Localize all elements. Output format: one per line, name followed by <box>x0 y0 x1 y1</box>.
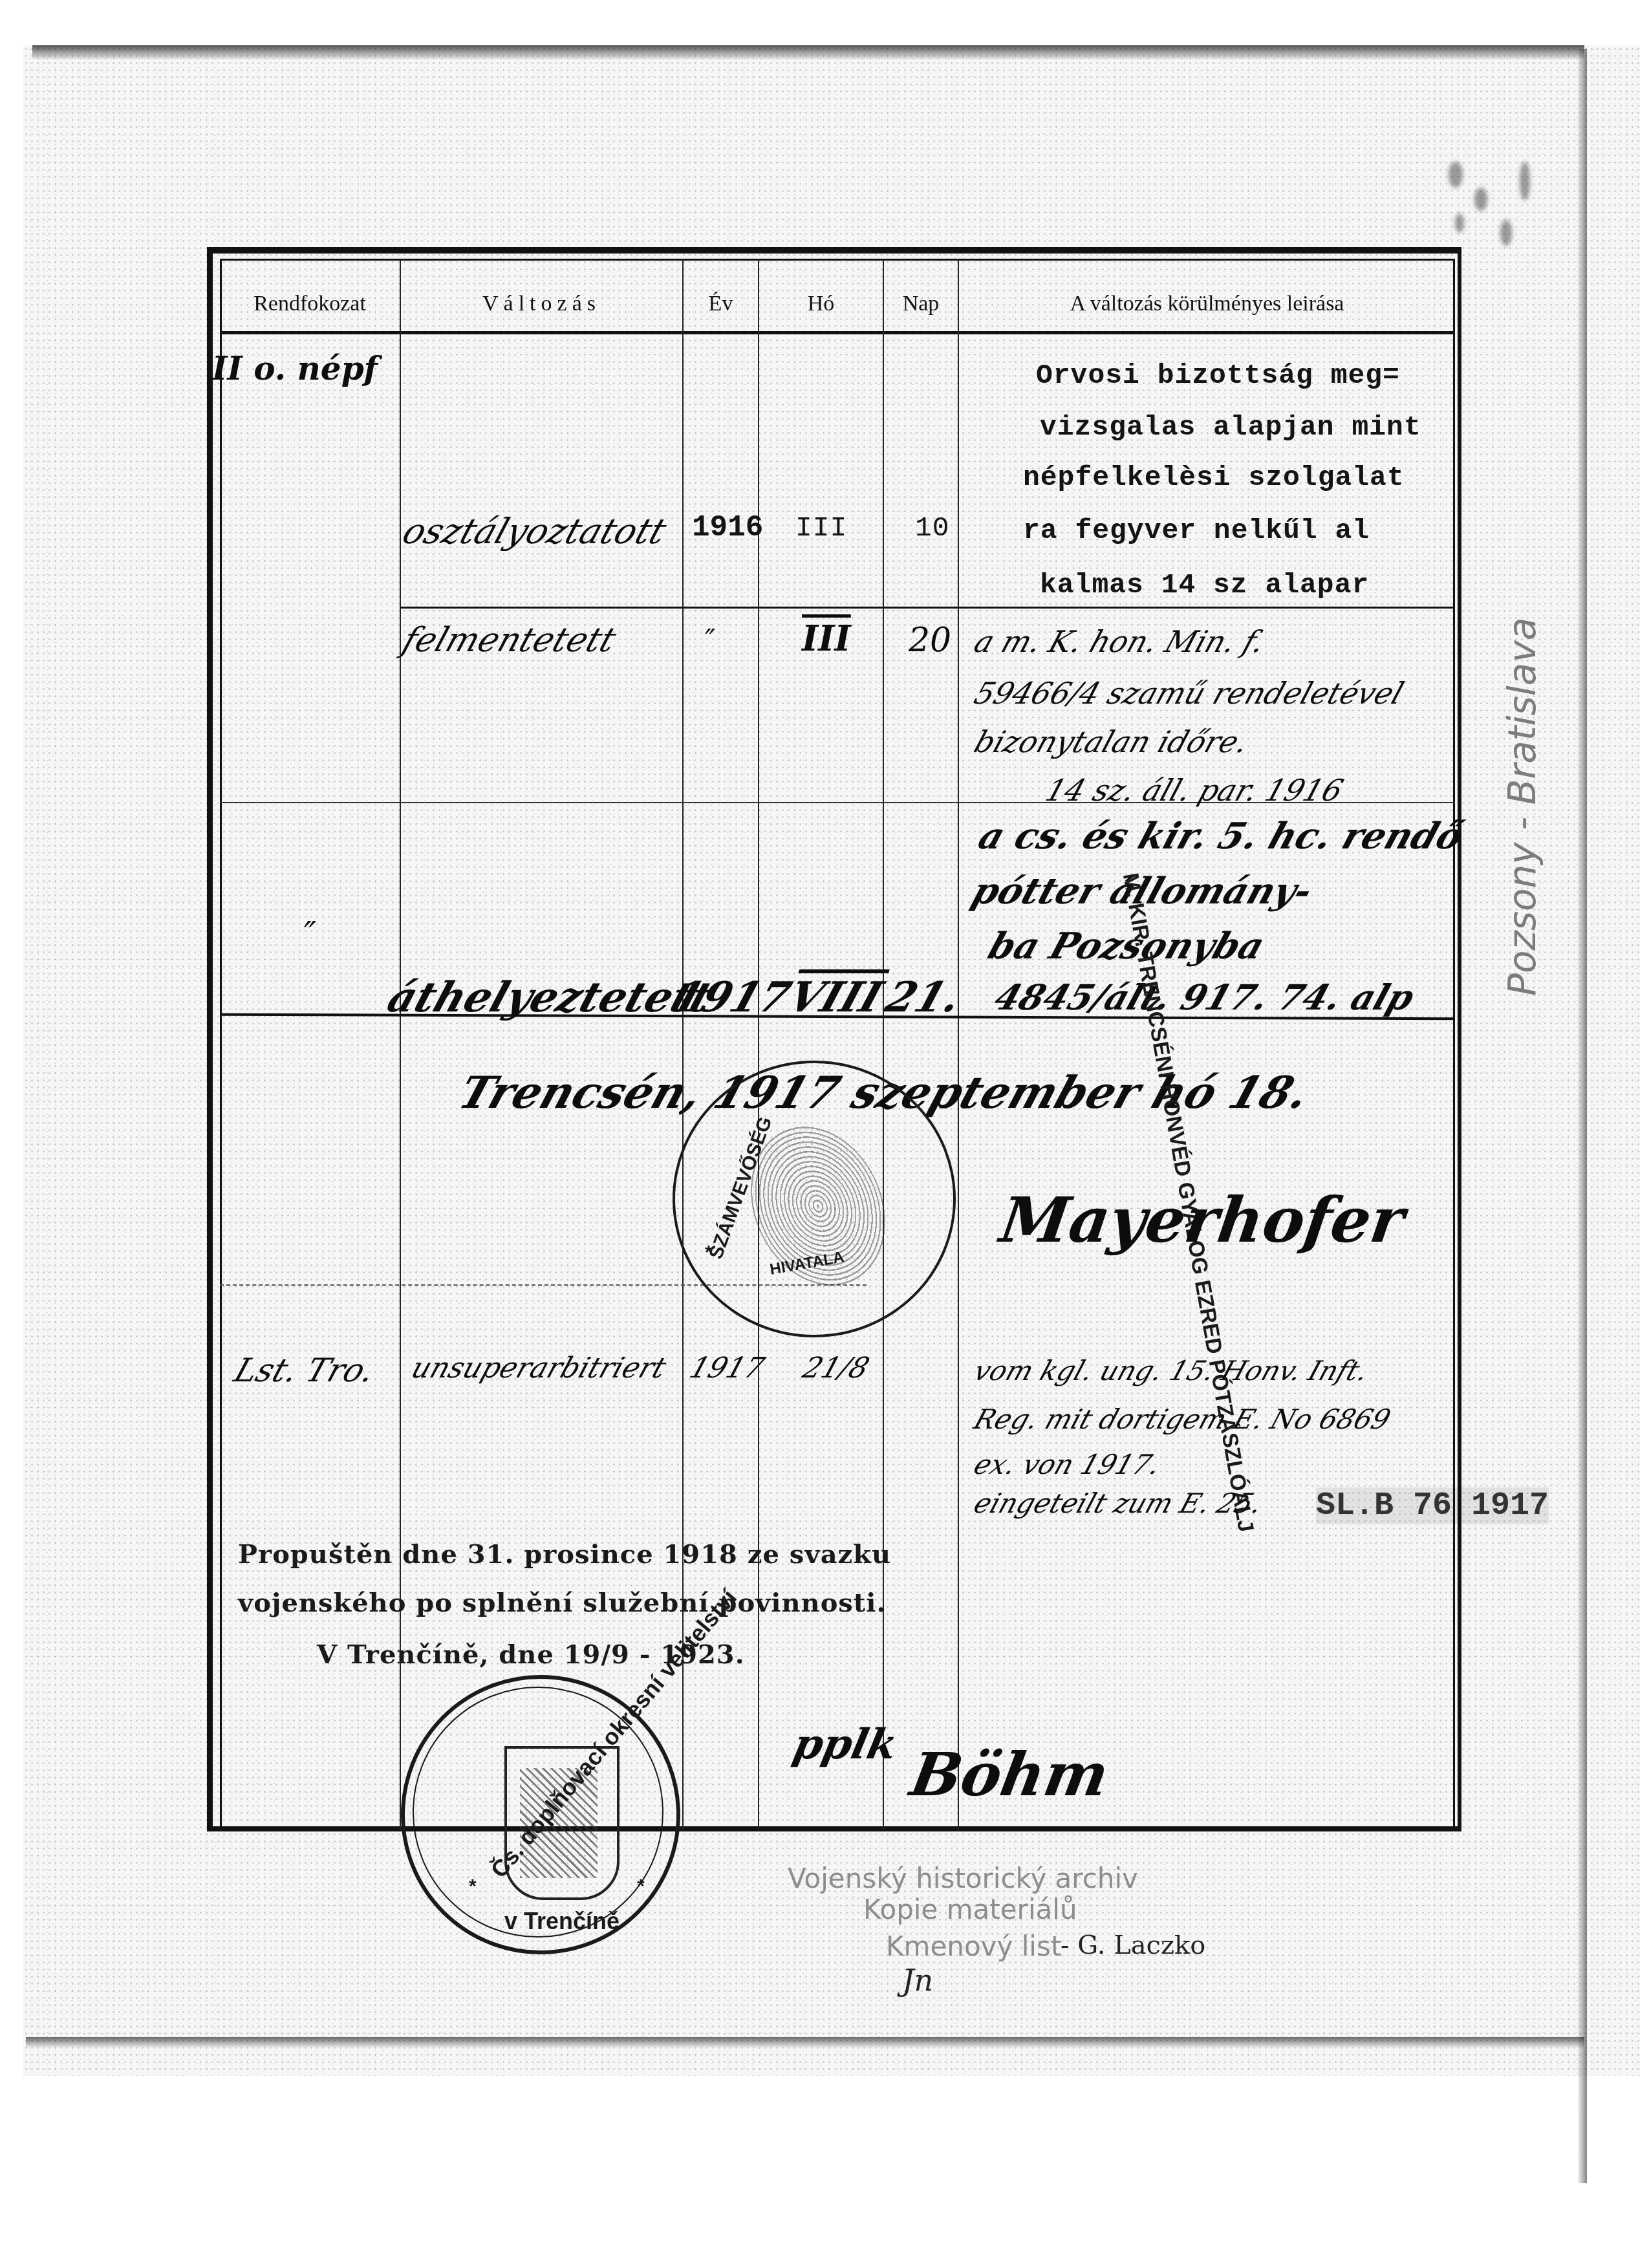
row3-year: 1917 <box>666 973 797 1022</box>
signature-officer-1917: Mayerhofer <box>996 1183 1409 1257</box>
discharge-line-1: Propuštěn dne 31. prosince 1918 ze svazk… <box>238 1539 891 1570</box>
row1-change: osztályoztatott <box>398 511 671 552</box>
scan-shadow-top <box>32 45 1584 59</box>
row4-date: 21/8 <box>799 1352 873 1385</box>
header-description: A változás körülményes leirása <box>959 285 1455 323</box>
header-change: Változás <box>401 285 682 323</box>
czech-seal-bottom-text: v Trenčíně <box>504 1908 620 1935</box>
czech-seal-star-left: * <box>469 1875 477 1897</box>
row2-day: 20 <box>909 621 951 660</box>
row1-rank: II o. népf <box>212 349 378 387</box>
row4-year: 1917 <box>685 1352 769 1385</box>
ink-smudges <box>1449 149 1565 252</box>
margin-note-place: Pozsony - Bratislava <box>1500 618 1544 996</box>
archive-line-1: Vojenský historický archiv <box>788 1863 1138 1894</box>
czech-seal-star-right: * <box>637 1875 645 1897</box>
header-year: Év <box>684 285 758 323</box>
header-rank: Rendfokozat <box>220 285 400 323</box>
archive-line-2: Kopie materiálů <box>863 1894 1077 1925</box>
signature-bohm: Böhm <box>905 1740 1114 1809</box>
row3-month: VIII <box>782 973 889 1022</box>
row2-year-ditto: ″ <box>705 624 715 657</box>
row3-rank-ditto: ″ <box>304 915 316 954</box>
archive-initials: Jn <box>902 1963 933 1998</box>
scan-shadow-right <box>1578 49 1587 2183</box>
row1-year: 1916 <box>692 511 763 545</box>
header-rule <box>220 331 1455 334</box>
row2-change: felmentetett <box>398 621 621 660</box>
header-month: Hó <box>759 285 883 323</box>
archive-handwritten-name: - G. Laczko <box>1061 1930 1205 1960</box>
column-divider-5 <box>958 259 959 1830</box>
row1-day: 10 <box>915 512 950 544</box>
scan-shadow-bottom <box>26 2037 1584 2047</box>
archive-line-3: Kmenový list <box>886 1930 1061 1962</box>
row4-rubber-stamp-ref: SL.B 76 1917 <box>1316 1487 1549 1524</box>
discharge-line-2: vojenského po splnění služební povinnost… <box>238 1588 886 1618</box>
row2-month: III <box>802 618 851 659</box>
row4-rank: Lst. Tro. <box>230 1352 380 1389</box>
seal-star: * <box>705 1242 713 1264</box>
row4-change: unsuperarbitriert <box>407 1352 670 1385</box>
header-day: Nap <box>884 285 958 323</box>
row1-month: III <box>795 512 847 544</box>
signature-prefix: pplk <box>789 1720 901 1769</box>
row-rule-1 <box>400 607 1455 609</box>
